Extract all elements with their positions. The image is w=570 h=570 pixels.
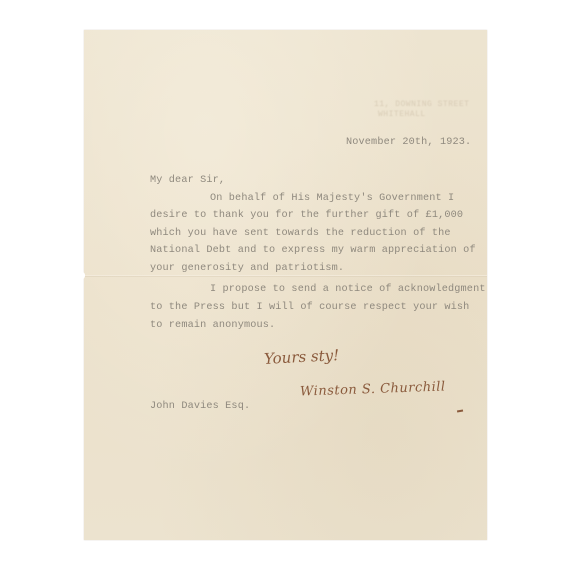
fold-notch (81, 272, 85, 279)
signature: Winston S. Churchill (300, 379, 446, 399)
letterhead-line-1: 11, DOWNING STREET (374, 100, 469, 109)
letter-date: November 20th, 1923. (346, 137, 471, 149)
stage: 11, DOWNING STREET WHITEHALL November 20… (0, 0, 570, 570)
body-p1-line2: desire to thank you for the further gift… (150, 210, 463, 222)
body-p2-line2: to the Press but I will of course respec… (150, 302, 469, 314)
body-p2-line1: I propose to send a notice of acknowledg… (210, 284, 486, 296)
body-p1-line5: your generosity and patriotism. (150, 263, 344, 275)
fold-crease (84, 275, 487, 277)
closing-handwritten: Yours sty! (264, 346, 340, 368)
body-p1-line4: National Debt and to express my warm app… (150, 245, 476, 257)
letter-paper: 11, DOWNING STREET WHITEHALL November 20… (84, 30, 487, 540)
body-p1-line3: which you have sent towards the reductio… (150, 228, 451, 240)
body-p2-line3: to remain anonymous. (150, 320, 275, 332)
salutation: My dear Sir, (150, 175, 225, 187)
recipient: John Davies Esq. (150, 401, 250, 413)
letterhead-line-2: WHITEHALL (378, 110, 426, 119)
signature-underline-mark (457, 409, 463, 412)
body-p1-line1: On behalf of His Majesty's Government I (210, 193, 454, 205)
